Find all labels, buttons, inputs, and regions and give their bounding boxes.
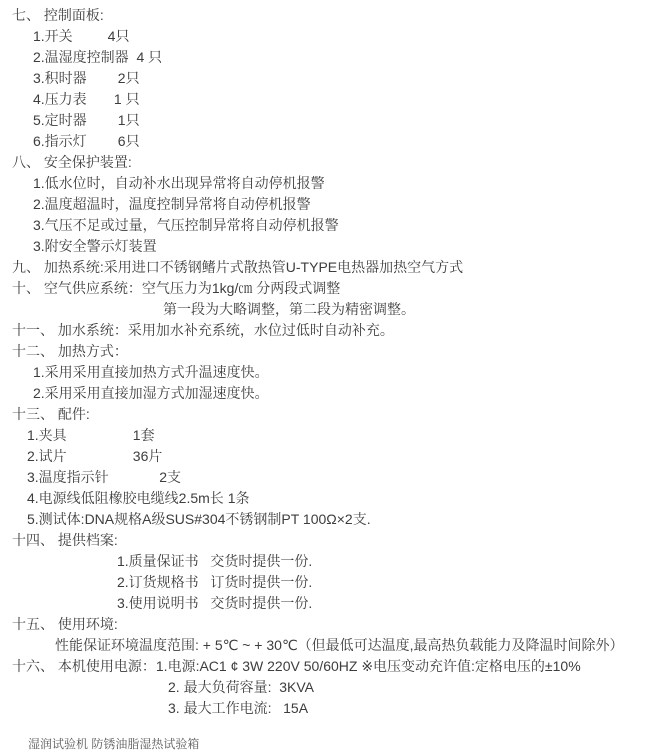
sec7-item-4: 4.压力表 1 只: [0, 89, 667, 110]
sec7-item-2: 2.温湿度控制器 4 只: [0, 47, 667, 68]
sec14-item-2: 2.订货规格书 订货时提供一份.: [0, 572, 667, 593]
sec9-heading: 九、 加热系统:采用进口不锈钢鳍片式散热管U-TYPE电热器加热空气方式: [0, 257, 667, 278]
sec16-heading: 十六、 本机使用电源：1.电源:AC1 ¢ 3W 220V 50/60HZ ※电…: [0, 656, 667, 677]
sec14-item-1: 1.质量保证书 交货时提供一份.: [0, 551, 667, 572]
sec12-item-2: 2.采用采用直接加湿方式加湿速度快。: [0, 383, 667, 404]
sec11-heading: 十一、 加水系统：采用加水补充系统，水位过低时自动补充。: [0, 320, 667, 341]
sec7-item-3: 3.积时器 2只: [0, 68, 667, 89]
sec16-item-1: 2. 最大负荷容量: 3KVA: [0, 677, 667, 698]
document-caption: 湿润试验机 防锈油脂湿热试验箱: [0, 736, 667, 752]
sec8-item-4: 3.附安全警示灯装置: [0, 236, 667, 257]
sec13-item-3: 3.温度指示针 2支: [0, 467, 667, 488]
sec8-item-2: 2.温度超温时，温度控制异常将自动停机报警: [0, 194, 667, 215]
sec7-heading: 七、 控制面板:: [0, 5, 667, 26]
sec8-item-1: 1.低水位时，自动补水出现异常将自动停机报警: [0, 173, 667, 194]
sec13-item-2: 2.试片 36片: [0, 446, 667, 467]
sec13-item-5: 5.测试体:DNA规格A级SUS#304不锈钢制PT 100Ω×2支.: [0, 509, 667, 530]
sec7-item-5: 5.定时器 1只: [0, 110, 667, 131]
sec8-heading: 八、 安全保护装置:: [0, 152, 667, 173]
sec10-item-1: 第一段为大略调整，第二段为精密调整。: [0, 299, 667, 320]
sec7-item-1: 1.开关 4只: [0, 26, 667, 47]
sec12-heading: 十二、 加热方式：: [0, 341, 667, 362]
sec14-heading: 十四、 提供档案:: [0, 530, 667, 551]
sec15-heading: 十五、 使用环境:: [0, 614, 667, 635]
sec8-item-3: 3.气压不足或过量，气压控制异常将自动停机报警: [0, 215, 667, 236]
sec16-item-2: 3. 最大工作电流: 15A: [0, 698, 667, 719]
sec15-item-1: 性能保证环境温度范围: + 5℃ ~ + 30℃（但最低可达温度,最高热负载能力…: [0, 635, 667, 656]
sec13-item-4: 4.电源线低阻橡胶电缆线2.5m长 1条: [0, 488, 667, 509]
sec13-item-1: 1.夹具 1套: [0, 425, 667, 446]
sec13-heading: 十三、 配件:: [0, 404, 667, 425]
sec10-heading: 十、 空气供应系统：空气压力为1kg/㎝ 分两段式调整: [0, 278, 667, 299]
specification-document: 七、 控制面板: 1.开关 4只 2.温湿度控制器 4 只 3.积时器 2只 4…: [0, 0, 667, 752]
sec12-item-1: 1.采用采用直接加热方式升温速度快。: [0, 362, 667, 383]
sec7-item-6: 6.指示灯 6只: [0, 131, 667, 152]
sec14-item-3: 3.使用说明书 交货时提供一份.: [0, 593, 667, 614]
